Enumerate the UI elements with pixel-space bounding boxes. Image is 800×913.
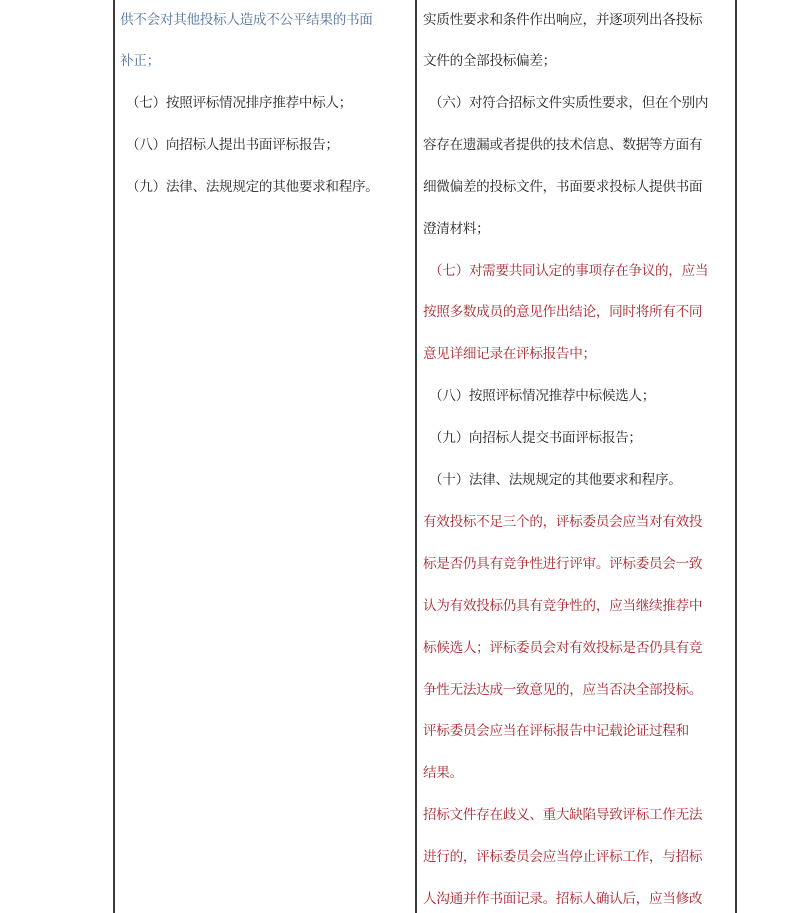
text-line: 争性无法达成一致意见的，应当否决全部投标。 xyxy=(423,680,702,700)
text-line: （六）对符合招标文件实质性要求，但在个别内 xyxy=(429,93,708,113)
text-line: （八）按照评标情况推荐中标候选人； xyxy=(429,386,655,406)
text-line: 评标委员会应当在评标报告中记载论证过程和 xyxy=(423,721,689,741)
text-line: 容存在遗漏或者提供的技术信息、数据等方面有 xyxy=(423,135,702,155)
text-line: 有效投标不足三个的，评标委员会应当对有效投 xyxy=(423,512,702,532)
text-line: （九）向招标人提交书面评标报告； xyxy=(429,428,642,448)
comparison-table: 供不会对其他投标人造成不公平结果的书面补正；（七）按照评标情况排序推荐中标人；（… xyxy=(113,0,737,913)
text-line: 进行的，评标委员会应当停止评标工作，与招标 xyxy=(423,847,702,867)
text-line: 人沟通并作书面记录。招标人确认后，应当修改 xyxy=(423,889,702,909)
text-line: 标是否仍具有竞争性进行评审。评标委员会一致 xyxy=(423,554,702,574)
text-line: （七）按照评标情况排序推荐中标人； xyxy=(126,93,352,113)
text-line: （九）法律、法规规定的其他要求和程序。 xyxy=(126,177,379,197)
text-line: 补正； xyxy=(120,51,160,71)
text-line: 招标文件存在歧义、重大缺陷导致评标工作无法 xyxy=(423,805,702,825)
text-line: 实质性要求和条件作出响应，并逐项列出各投标 xyxy=(423,10,702,30)
text-line: 供不会对其他投标人造成不公平结果的书面 xyxy=(120,10,373,30)
text-line: 澄清材料； xyxy=(423,219,489,239)
text-line: （七）对需要共同认定的事项存在争议的，应当 xyxy=(429,261,708,281)
text-line: 按照多数成员的意见作出结论，同时将所有不同 xyxy=(423,302,702,322)
text-line: 文件的全部投标偏差； xyxy=(423,51,556,71)
text-line: （十）法律、法规规定的其他要求和程序。 xyxy=(429,470,682,490)
right-column-cell: 实质性要求和条件作出响应，并逐项列出各投标文件的全部投标偏差；（六）对符合招标文… xyxy=(419,0,733,913)
text-line: 标候选人；评标委员会对有效投标是否仍具有竞 xyxy=(423,638,702,658)
text-line: 意见详细记录在评标报告中； xyxy=(423,344,596,364)
table-border-middle xyxy=(415,0,417,913)
text-line: （八）向招标人提出书面评标报告； xyxy=(126,135,339,155)
text-line: 结果。 xyxy=(423,763,463,783)
table-border-right xyxy=(735,0,737,913)
text-line: 认为有效投标仍具有竞争性的，应当继续推荐中 xyxy=(423,596,702,616)
text-line: 细微偏差的投标文件，书面要求投标人提供书面 xyxy=(423,177,702,197)
left-column-cell: 供不会对其他投标人造成不公平结果的书面补正；（七）按照评标情况排序推荐中标人；（… xyxy=(116,0,412,913)
table-border-left xyxy=(113,0,115,913)
